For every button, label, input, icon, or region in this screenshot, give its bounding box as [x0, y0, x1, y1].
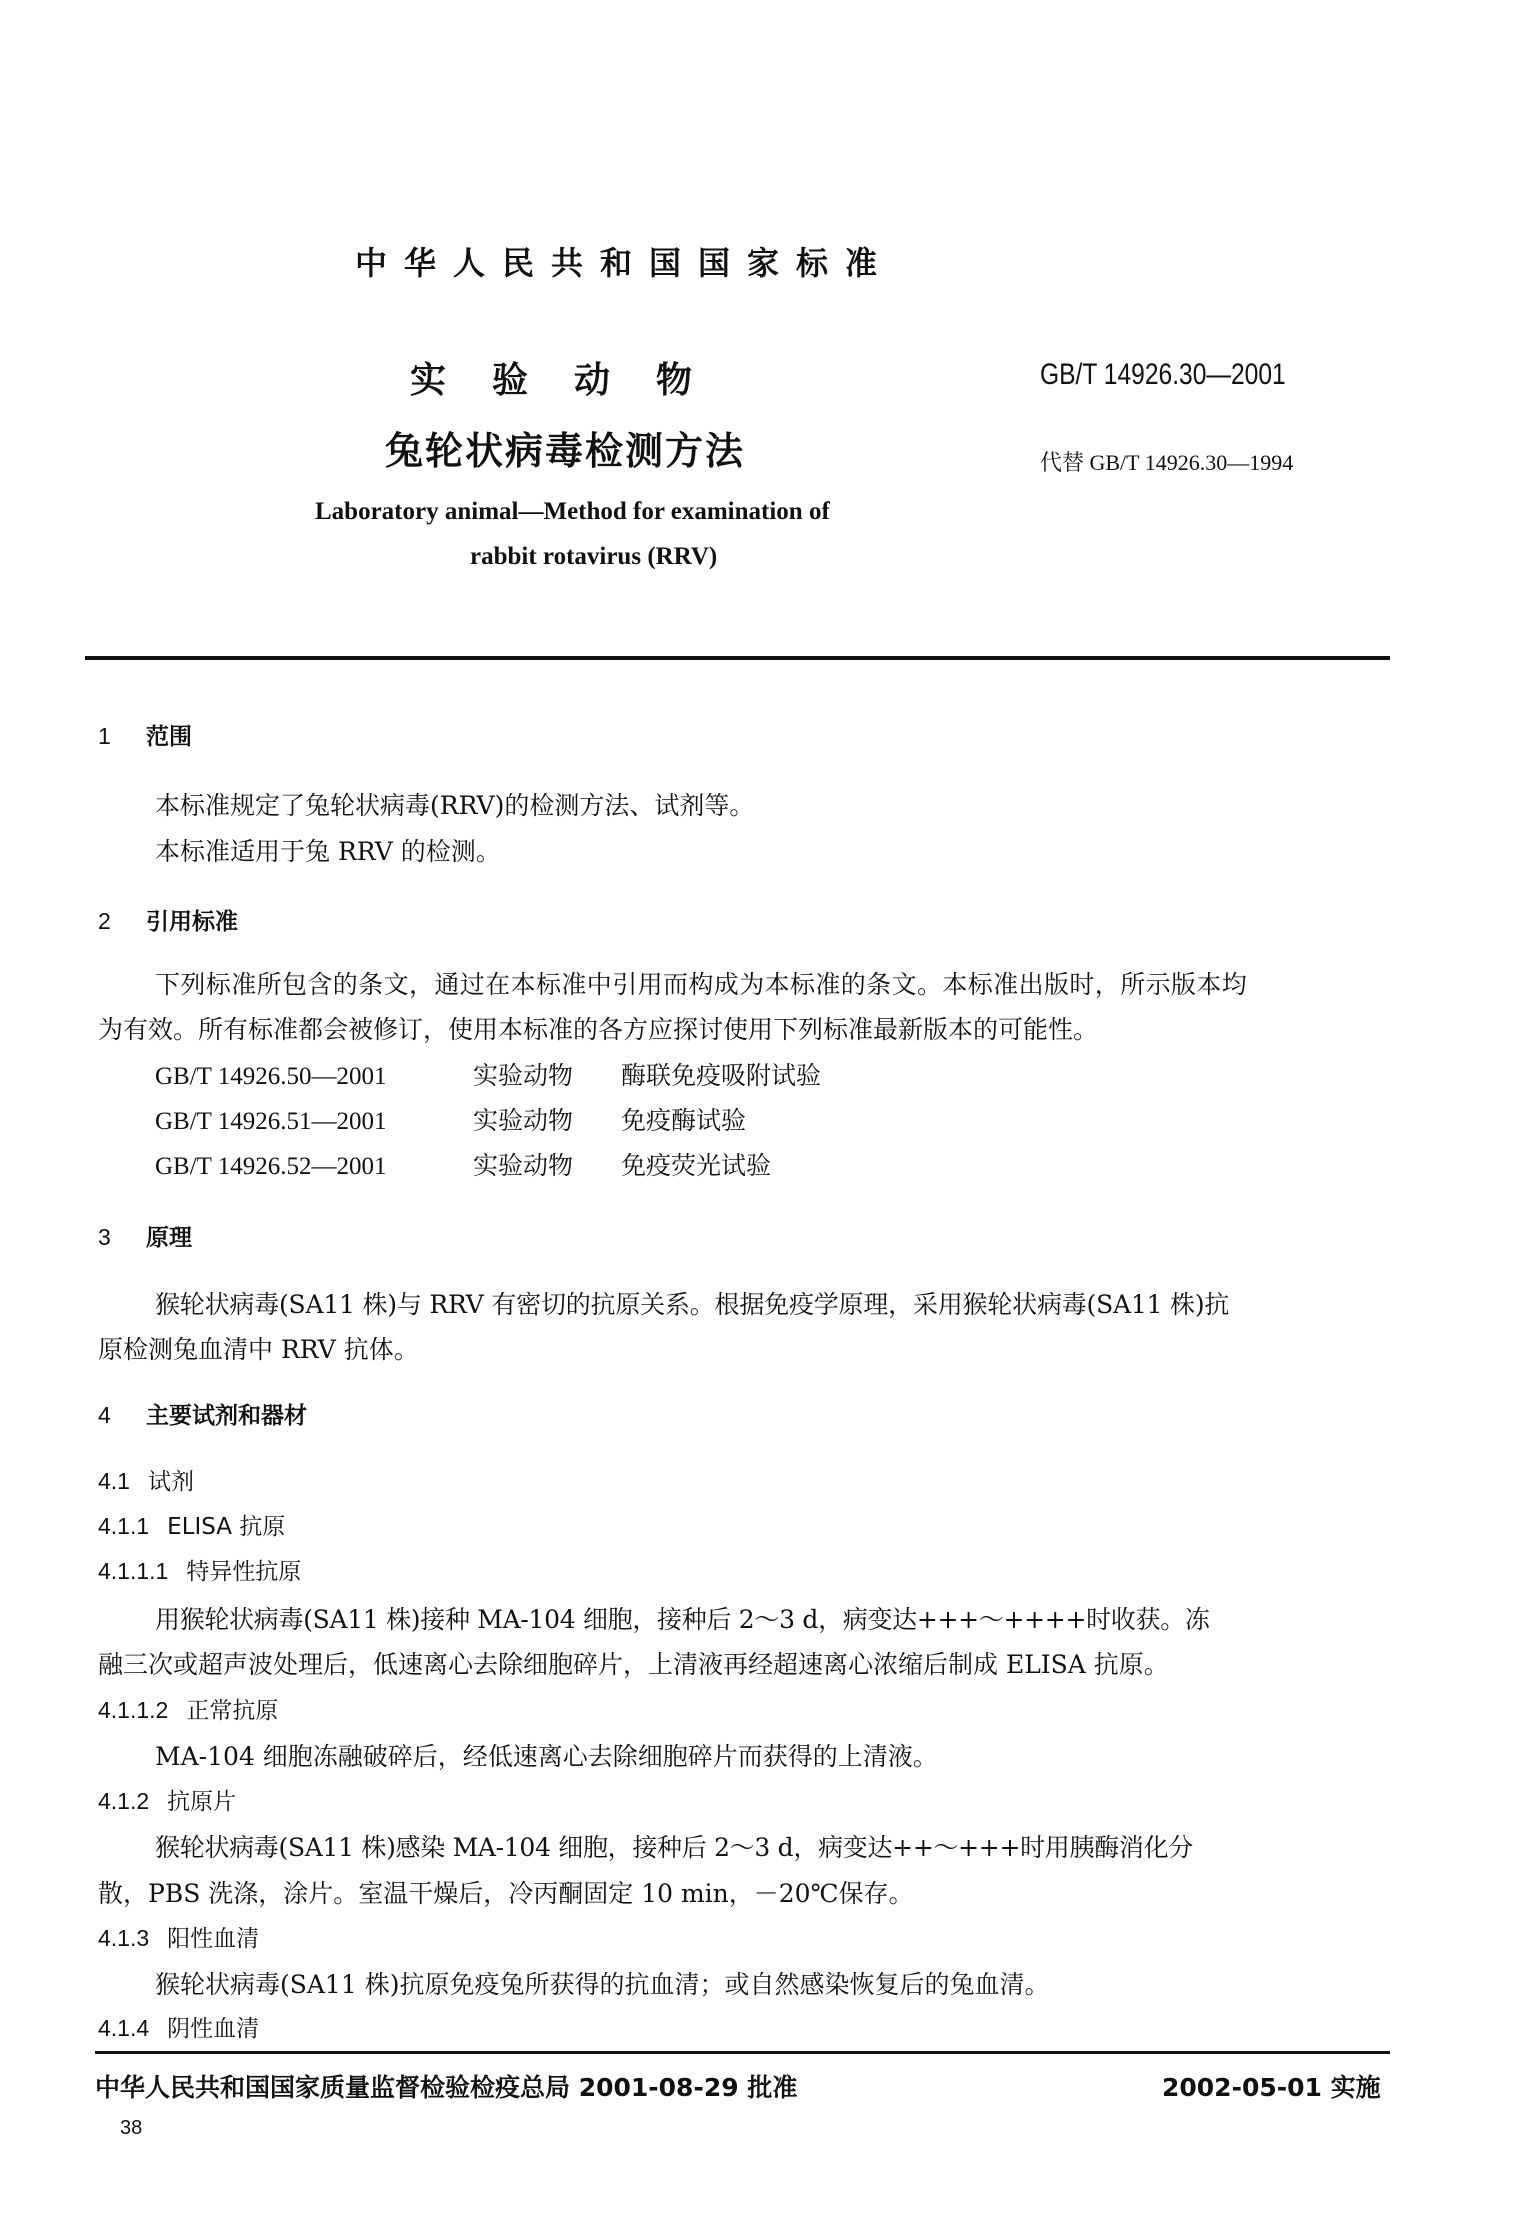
- section-title: 引用标准: [146, 909, 238, 935]
- paragraph: 本标准规定了兔轮状病毒(RRV)的检测方法、试剂等。: [155, 786, 754, 822]
- subsection-title: 抗原片: [167, 1789, 236, 1815]
- subsection-4-1-1-heading: 4.1.1ELISA 抗原: [98, 1508, 285, 1541]
- subsection-4-1-3-heading: 4.1.3阳性血清: [98, 1920, 259, 1953]
- paragraph-line: 为有效。所有标准都会被修订，使用本标准的各方应探讨使用下列标准最新版本的可能性。: [98, 1010, 1098, 1046]
- reference-category: 实验动物: [473, 1146, 621, 1182]
- section-number: 4: [98, 1402, 146, 1429]
- page-number: 38: [120, 2117, 142, 2140]
- subsection-number: 4.1.1.2: [98, 1697, 168, 1724]
- approval-statement: 中华人民共和国国家质量监督检验检疫总局 2001-08-29 批准: [95, 2068, 797, 2104]
- reference-code: GB/T 14926.50—2001: [155, 1063, 473, 1091]
- header-divider: [85, 656, 1390, 660]
- reference-code: GB/T 14926.51—2001: [155, 1108, 473, 1136]
- subsection-title: ELISA 抗原: [167, 1514, 285, 1540]
- reference-name: 免疫酶试验: [621, 1106, 746, 1135]
- subsection-number: 4.1.1: [98, 1513, 149, 1540]
- standard-number: GB/T 14926.30—2001: [1040, 358, 1286, 392]
- section-title: 主要试剂和器材: [146, 1403, 307, 1429]
- subsection-number: 4.1.3: [98, 1925, 149, 1952]
- paragraph: 本标准适用于兔 RRV 的检测。: [155, 832, 501, 868]
- subsection-4-1-1-2-heading: 4.1.1.2正常抗原: [98, 1692, 278, 1725]
- section-4-heading: 4主要试剂和器材: [98, 1397, 307, 1430]
- reference-item: GB/T 14926.51—2001实验动物免疫酶试验: [155, 1101, 746, 1137]
- reference-name: 免疫荧光试验: [621, 1151, 771, 1180]
- national-standard-heading: 中华人民共和国国家标准: [355, 238, 894, 284]
- subsection-number: 4.1.1.1: [98, 1558, 168, 1585]
- reference-item: GB/T 14926.50—2001实验动物酶联免疫吸附试验: [155, 1056, 821, 1092]
- footer-divider: [95, 2051, 1390, 2054]
- subsection-4-1-2-heading: 4.1.2抗原片: [98, 1783, 236, 1816]
- subsection-4-1-1-1-heading: 4.1.1.1特异性抗原: [98, 1553, 301, 1586]
- section-3-heading: 3原理: [98, 1219, 192, 1252]
- subsection-number: 4.1.2: [98, 1788, 149, 1815]
- paragraph-line: 猴轮状病毒(SA11 株)与 RRV 有密切的抗原关系。根据免疫学原理，采用猴轮…: [155, 1285, 1229, 1321]
- section-number: 3: [98, 1224, 146, 1251]
- reference-code: GB/T 14926.52—2001: [155, 1153, 473, 1181]
- title-line-1: 实验动物: [410, 352, 738, 403]
- paragraph-line: 猴轮状病毒(SA11 株)感染 MA-104 细胞，接种后 2～3 d，病变达+…: [155, 1828, 1193, 1864]
- paragraph-line: 用猴轮状病毒(SA11 株)接种 MA-104 细胞，接种后 2～3 d，病变达…: [155, 1600, 1210, 1636]
- effective-date: 2002-05-01 实施: [1162, 2068, 1381, 2104]
- paragraph-line: MA-104 细胞冻融破碎后，经低速离心去除细胞碎片而获得的上清液。: [155, 1737, 938, 1773]
- subsection-title: 特异性抗原: [186, 1559, 301, 1585]
- subsection-title: 试剂: [148, 1469, 194, 1495]
- reference-item: GB/T 14926.52—2001实验动物免疫荧光试验: [155, 1146, 771, 1182]
- section-number: 1: [98, 723, 146, 750]
- english-title-line-2: rabbit rotavirus (RRV): [470, 543, 717, 571]
- reference-name: 酶联免疫吸附试验: [621, 1061, 821, 1090]
- subsection-number: 4.1: [98, 1468, 130, 1495]
- section-title: 原理: [146, 1225, 192, 1251]
- reference-category: 实验动物: [473, 1056, 621, 1092]
- paragraph-line: 原检测兔血清中 RRV 抗体。: [98, 1330, 419, 1366]
- subsection-title: 阳性血清: [167, 1926, 259, 1952]
- subsection-4-1-4-heading: 4.1.4阴性血清: [98, 2010, 259, 2043]
- subsection-number: 4.1.4: [98, 2015, 149, 2042]
- section-2-heading: 2引用标准: [98, 903, 238, 936]
- title-line-2: 兔轮状病毒检测方法: [385, 420, 745, 475]
- section-number: 2: [98, 908, 146, 935]
- subsection-title: 正常抗原: [186, 1698, 278, 1724]
- paragraph-line: 下列标准所包含的条文，通过在本标准中引用而构成为本标准的条文。本标准出版时，所示…: [155, 965, 1247, 1001]
- paragraph-line: 散，PBS 洗涤，涂片。室温干燥后，冷丙酮固定 10 min，－20℃保存。: [98, 1874, 914, 1910]
- paragraph-line: 猴轮状病毒(SA11 株)抗原免疫兔所获得的抗血清；或自然感染恢复后的兔血清。: [155, 1965, 1049, 2001]
- subsection-title: 阴性血清: [167, 2016, 259, 2042]
- subsection-4-1-heading: 4.1试剂: [98, 1463, 194, 1496]
- paragraph-line: 融三次或超声波处理后，低速离心去除细胞碎片，上清液再经超速离心浓缩后制成 ELI…: [98, 1645, 1169, 1681]
- reference-category: 实验动物: [473, 1101, 621, 1137]
- section-title: 范围: [146, 724, 192, 750]
- replaces-standard: 代替 GB/T 14926.30—1994: [1040, 446, 1293, 477]
- section-1-heading: 1范围: [98, 718, 192, 751]
- english-title-line-1: Laboratory animal—Method for examination…: [315, 498, 830, 526]
